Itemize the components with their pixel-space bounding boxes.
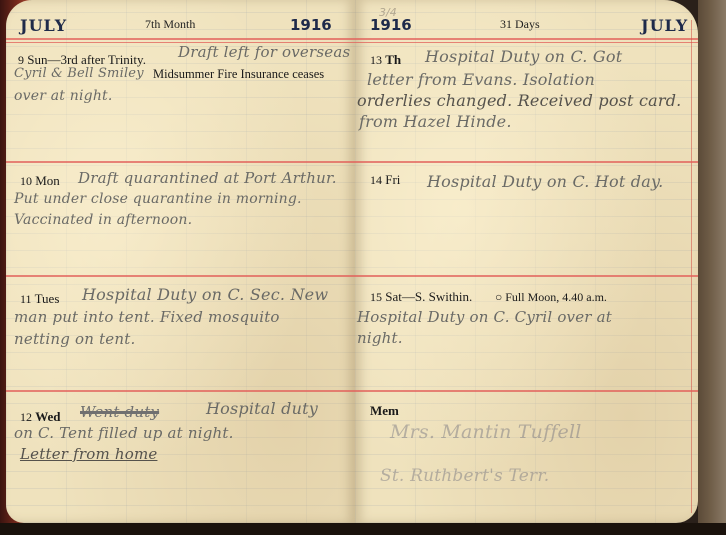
memo-label: Mem <box>370 403 399 419</box>
header-year: 1916 <box>290 16 332 34</box>
day-name: Tues <box>35 291 60 306</box>
day-name: Sat—S. Swithin. <box>385 289 472 304</box>
left-page: JULY 7th Month 1916 9 Sun—3rd after Trin… <box>6 0 355 523</box>
header-month-ordinal: 7th Month <box>145 17 195 32</box>
handwritten-line: over at night. <box>14 88 113 104</box>
day-name: Mon <box>35 173 60 188</box>
header-days-count: 31 Days <box>500 17 540 32</box>
header-year: 1916 <box>370 16 412 34</box>
day-entry-15: 15 Sat—S. Swithin. ○ Full Moon, 4.40 a.m… <box>355 276 698 390</box>
day-label: 15 Sat—S. Swithin. <box>370 289 472 305</box>
handwritten-line: man put into tent. Fixed mosquito <box>14 308 280 326</box>
diary-spread: JULY 7th Month 1916 9 Sun—3rd after Trin… <box>0 0 726 535</box>
right-page: 3/4 1916 31 Days JULY 13 Th Hospital Dut… <box>355 0 698 523</box>
day-entry-9: 9 Sun—3rd after Trinity. Draft left for … <box>6 42 355 161</box>
day-number: 12 <box>20 410 32 424</box>
printed-note: Midsummer Fire Insurance ceases <box>153 67 324 82</box>
day-number: 9 <box>18 53 24 67</box>
handwritten-line: Hospital Duty on C. Got <box>425 47 622 66</box>
day-number: 10 <box>20 174 32 188</box>
day-number: 11 <box>20 292 32 306</box>
left-page-header: JULY 7th Month 1916 <box>6 16 355 40</box>
full-moon-note: ○ Full Moon, 4.40 a.m. <box>495 290 607 305</box>
day-label: 12 Wed <box>20 409 61 425</box>
handwritten-line: Draft quarantined at Port Arthur. <box>78 169 337 187</box>
handwritten-line: from Hazel Hinde. <box>359 112 512 131</box>
day-number: 15 <box>370 290 382 304</box>
day-entry-13: 13 Th Hospital Duty on C. Got letter fro… <box>355 42 698 161</box>
handwritten-line: Hospital Duty on C. Hot day. <box>427 172 663 191</box>
handwritten-line: netting on tent. <box>14 330 135 348</box>
bleed-through-text: St. Ruthbert's Terr. <box>380 466 549 486</box>
handwritten-line: orderlies changed. Received post card. <box>357 91 681 110</box>
handwritten-line: on C. Tent filled up at night. <box>14 424 234 442</box>
cover-right-edge <box>698 0 726 535</box>
bleed-through-text: Mrs. Mantin Tuffell <box>390 421 582 443</box>
handwritten-line: Put under close quarantine in morning. <box>14 191 302 207</box>
day-name: Th <box>385 52 401 67</box>
day-number: 14 <box>370 173 382 187</box>
struck-through-text: Went duty <box>80 403 159 421</box>
header-month: JULY <box>641 16 688 35</box>
header-rule <box>6 38 355 40</box>
handwritten-line: Draft left for overseas <box>178 43 350 61</box>
handwritten-line: Hospital Duty on C. Cyril over at <box>357 308 612 326</box>
memo-section: Mem Mrs. Mantin Tuffell St. Ruthbert's T… <box>355 391 698 523</box>
day-entry-10: 10 Mon Draft quarantined at Port Arthur.… <box>6 162 355 275</box>
day-entry-11: 11 Tues Hospital Duty on C. Sec. New man… <box>6 276 355 390</box>
day-name: Wed <box>35 409 60 424</box>
day-entry-14: 14 Fri Hospital Duty on C. Hot day. <box>355 162 698 275</box>
day-label: 11 Tues <box>20 291 59 307</box>
handwritten-line: Letter from home <box>20 445 157 463</box>
handwritten-line: letter from Evans. Isolation <box>367 70 595 89</box>
bottom-shadow <box>0 523 726 535</box>
handwritten-line: Vaccinated in afternoon. <box>14 212 192 228</box>
day-label: 13 Th <box>370 52 401 68</box>
day-name: Fri <box>385 172 400 187</box>
day-name: Sun—3rd after Trinity. <box>27 52 146 67</box>
header-rule <box>355 38 698 40</box>
day-label: 14 Fri <box>370 172 400 188</box>
handwritten-line: Cyril & Bell Smiley <box>14 66 144 81</box>
handwritten-line: Hospital Duty on C. Sec. New <box>82 285 328 304</box>
day-entry-12: 12 Wed Went duty Hospital duty on C. Ten… <box>6 391 355 523</box>
day-number: 13 <box>370 53 382 67</box>
handwritten-line: Hospital duty <box>206 399 318 418</box>
day-label: 10 Mon <box>20 173 60 189</box>
handwritten-line: night. <box>357 329 403 347</box>
right-page-header: 1916 31 Days JULY <box>355 16 698 40</box>
header-month: JULY <box>20 16 67 35</box>
